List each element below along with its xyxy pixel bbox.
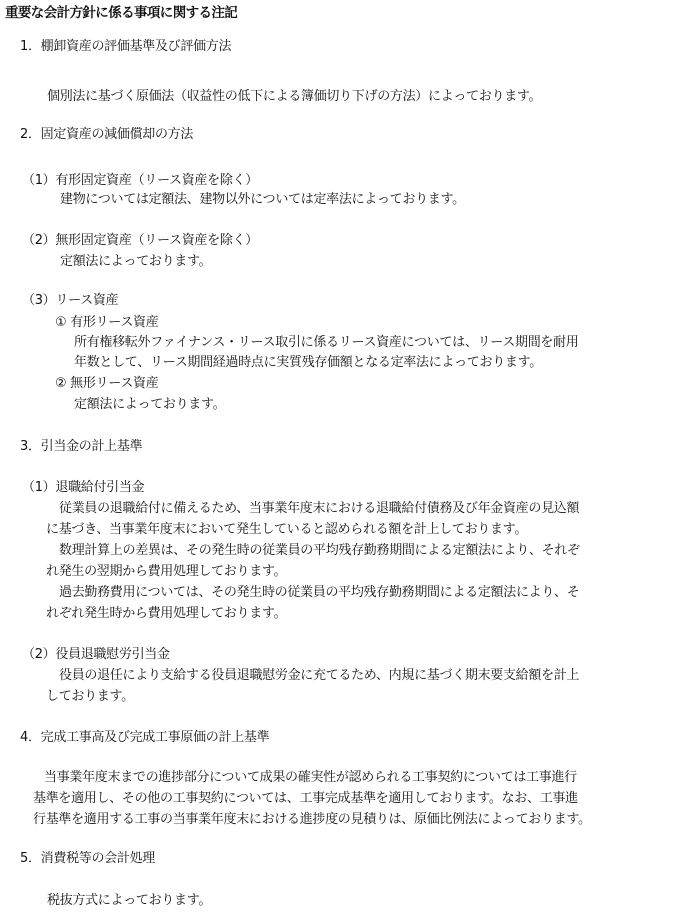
section-3-heading: 3．引当金の計上基準	[20, 438, 142, 456]
section-2-item-1-heading: （1）有形固定資産（リース資産を除く）	[22, 172, 258, 190]
document-title: 重要な会計方針に係る事項に関する注記	[5, 4, 237, 22]
section-3-item-2-heading: （2）役員退職慰労引当金	[22, 646, 170, 664]
section-5-body: 税抜方式によっております。	[47, 892, 211, 910]
section-2-item-3-subitem-1-heading: ① 有形リース資産	[55, 314, 158, 332]
section-2-item-2-heading: （2）無形固定資産（リース資産を除く）	[22, 232, 258, 250]
section-3-item-1-line-5: 過去勤務費用については、その発生時の従業員の平均残存勤務期間による定額法により、…	[59, 584, 579, 602]
section-3-item-1-line-6: れぞれ発生時から費用処理しております。	[46, 605, 286, 623]
section-2-item-3-subitem-2-line-1: 定額法によっております。	[74, 396, 225, 414]
section-1-body: 個別法に基づく原価法（収益性の低下による簿価切り下げの方法）によっております。	[47, 88, 541, 106]
section-4-line-2: 基準を適用し、その他の工事契約については、工事完成基準を適用しております。なお、…	[33, 790, 578, 808]
section-3-item-1-line-2: に基づき、当事業年度末において発生していると認められる額を計上しております。	[46, 521, 527, 539]
section-2-heading: 2．固定資産の減価償却の方法	[20, 126, 193, 144]
section-2-item-1-body: 建物については定額法、建物以外については定率法によっております。	[60, 191, 465, 209]
section-3-item-2-line-2: しております。	[46, 688, 134, 706]
section-3-item-1-line-4: れ発生の翌期から費用処理しております。	[46, 563, 286, 581]
section-3-item-1-line-3: 数理計算上の差異は、その発生時の従業員の平均残存勤務期間による定額法により、それ…	[59, 542, 580, 560]
section-3-item-1-heading: （1）退職給付引当金	[22, 479, 144, 497]
section-2-item-3-subitem-1-line-2: 年数として、リース期間経過時点に実質残存価額となる定率法によっております。	[74, 354, 542, 372]
section-4-heading: 4．完成工事高及び完成工事原価の計上基準	[20, 729, 269, 747]
section-5-heading: 5．消費税等の会計処理	[20, 850, 155, 868]
section-3-item-1-line-1: 従業員の退職給付に備えるため、当事業年度末における退職給付債務及び年金資産の見込…	[59, 500, 579, 518]
section-4-line-1: 当事業年度末までの進捗部分について成果の確実性が認められる工事契約については工事…	[44, 769, 577, 787]
section-2-item-2-body: 定額法によっております。	[60, 253, 211, 271]
section-3-item-2-line-1: 役員の退任により支給する役員退職慰労金に充てるため、内規に基づく期末要支給額を計…	[59, 667, 579, 685]
section-4-line-3: 行基準を適用する工事の当事業年度末における進捗度の見積りは、原価比例法によってお…	[33, 811, 591, 829]
section-2-item-3-subitem-1-line-1: 所有権移転外ファイナンス・リース取引に係るリース資産については、リース期間を耐用	[74, 334, 579, 352]
section-2-item-3-heading: （3）リース資産	[22, 292, 118, 310]
section-1-heading: 1．棚卸資産の評価基準及び評価方法	[20, 38, 231, 56]
section-2-item-3-subitem-2-heading: ② 無形リース資産	[55, 375, 158, 393]
